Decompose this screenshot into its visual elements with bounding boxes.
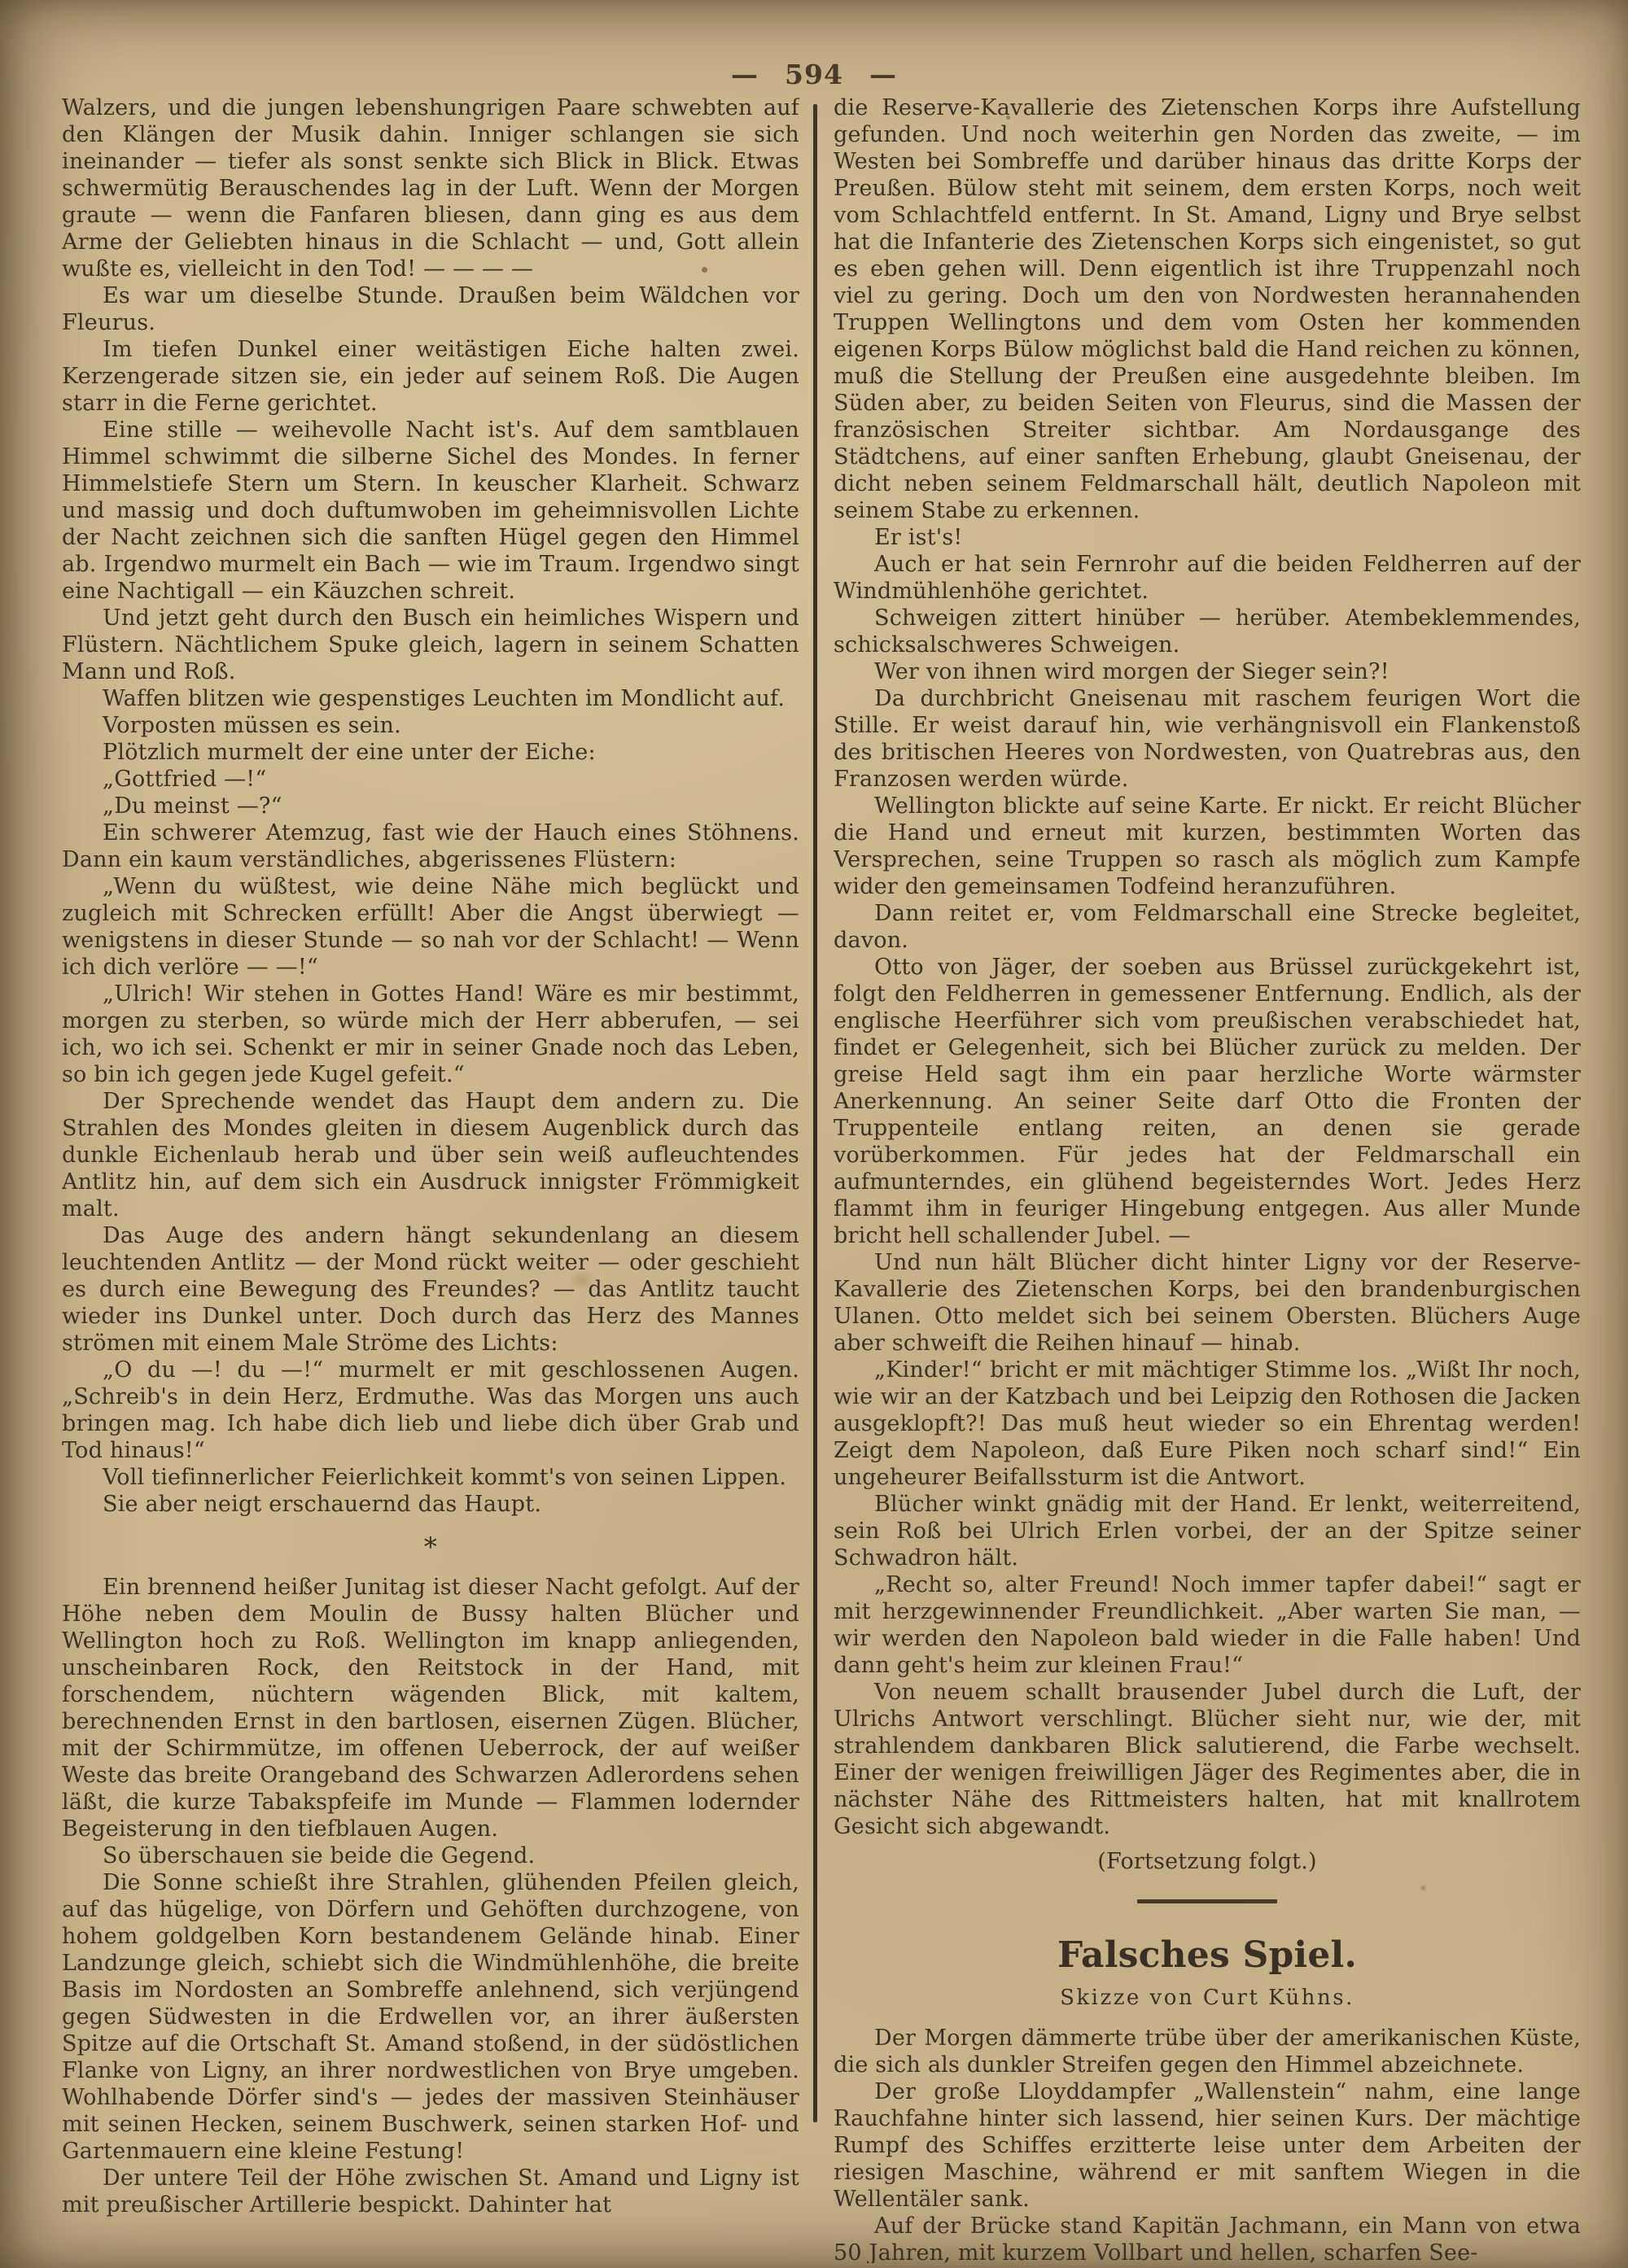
paragraph: Das Auge des andern hängt sekundenlang a… <box>62 1222 799 1357</box>
paragraph: Ein schwerer Atemzug, fast wie der Hauch… <box>62 819 799 873</box>
story-subtitle: Skizze von Curt Kühns. <box>834 1985 1581 2012</box>
paragraph: „Recht so, alter Freund! Noch immer tapf… <box>834 1571 1581 1679</box>
paragraph: Es war um dieselbe Stunde. Draußen beim … <box>62 282 799 336</box>
paragraph: Wer von ihnen wird morgen der Sieger sei… <box>834 658 1581 685</box>
paragraph: Der untere Teil der Höhe zwischen St. Am… <box>62 2165 799 2218</box>
paragraph: Der große Lloyddampfer „Wallenstein“ nah… <box>834 2078 1581 2213</box>
paragraph: Vorposten müssen es sein. <box>62 712 799 739</box>
paragraph: Walzers, und die jungen lebenshungrigen … <box>62 94 799 282</box>
paragraph: Plötzlich murmelt der eine unter der Eic… <box>62 739 799 766</box>
paragraph: Da durchbricht Gneisenau mit raschem feu… <box>834 685 1581 793</box>
paragraph: So überschauen sie beide die Gegend. <box>62 1842 799 1869</box>
paragraph: Von neuem schallt brausender Jubel durch… <box>834 1679 1581 1840</box>
paragraph: Dann reitet er, vom Feldmarschall eine S… <box>834 900 1581 954</box>
right-column: die Reserve-Kavallerie des Zietenschen K… <box>834 94 1581 2263</box>
paragraph: „Gottfried —!“ <box>62 766 799 793</box>
paragraph: Wellington blickte auf seine Karte. Er n… <box>834 793 1581 900</box>
paragraph: Waffen blitzen wie gespenstiges Leuchten… <box>62 685 799 712</box>
paragraph: Eine stille — weihevolle Nacht ist's. Au… <box>62 417 799 605</box>
paragraph: „Kinder!“ bricht er mit mächtiger Stimme… <box>834 1357 1581 1491</box>
paragraph: „Du meinst —?“ <box>62 793 799 819</box>
paragraph: Voll tiefinnerlicher Feierlichkeit kommt… <box>62 1464 799 1491</box>
section-separator-star: * <box>62 1534 799 1561</box>
story-title: Falsches Spiel. <box>834 1936 1581 1975</box>
page-header: —594— <box>0 59 1628 90</box>
column-divider-rule <box>813 104 817 2122</box>
paragraph: Die Sonne schießt ihre Strahlen, glühend… <box>62 1869 799 2165</box>
paragraph: Auf der Brücke stand Kapitän Jachmann, e… <box>834 2213 1581 2263</box>
page-number: 594 <box>785 59 843 90</box>
paragraph: Und nun hält Blücher dicht hinter Ligny … <box>834 1249 1581 1357</box>
paragraph: Blücher winkt gnädig mit der Hand. Er le… <box>834 1491 1581 1571</box>
paragraph: Otto von Jäger, der soeben aus Brüssel z… <box>834 954 1581 1249</box>
left-column: Walzers, und die jungen lebenshungrigen … <box>62 94 799 2218</box>
paragraph: „Wenn du wüßtest, wie deine Nähe mich be… <box>62 873 799 981</box>
story-divider-rule <box>1137 1899 1277 1903</box>
magazine-page: —594— Walzers, und die jungen lebenshung… <box>0 0 1628 2268</box>
header-dash-right: — <box>869 59 897 90</box>
paragraph: Ein brennend heißer Junitag ist dieser N… <box>62 1574 799 1842</box>
paragraph: Auch er hat sein Fernrohr auf die beiden… <box>834 551 1581 605</box>
paragraph: „Ulrich! Wir stehen in Gottes Hand! Wäre… <box>62 981 799 1088</box>
paragraph: Sie aber neigt erschauernd das Haupt. <box>62 1491 799 1518</box>
paragraph: die Reserve-Kavallerie des Zietenschen K… <box>834 94 1581 524</box>
paragraph: „O du —! du —!“ murmelt er mit geschloss… <box>62 1357 799 1464</box>
paragraph: Und jetzt geht durch den Busch ein heiml… <box>62 605 799 685</box>
paragraph: Er ist's! <box>834 524 1581 551</box>
paragraph: Der Sprechende wendet das Haupt dem ande… <box>62 1088 799 1222</box>
header-dash-left: — <box>731 59 759 90</box>
paragraph: Schweigen zittert hinüber — herüber. Ate… <box>834 605 1581 658</box>
paragraph: Im tiefen Dunkel einer weitästigen Eiche… <box>62 336 799 417</box>
paragraph: Der Morgen dämmerte trübe über der ameri… <box>834 2025 1581 2078</box>
continuation-note: (Fortsetzung folgt.) <box>834 1848 1581 1875</box>
